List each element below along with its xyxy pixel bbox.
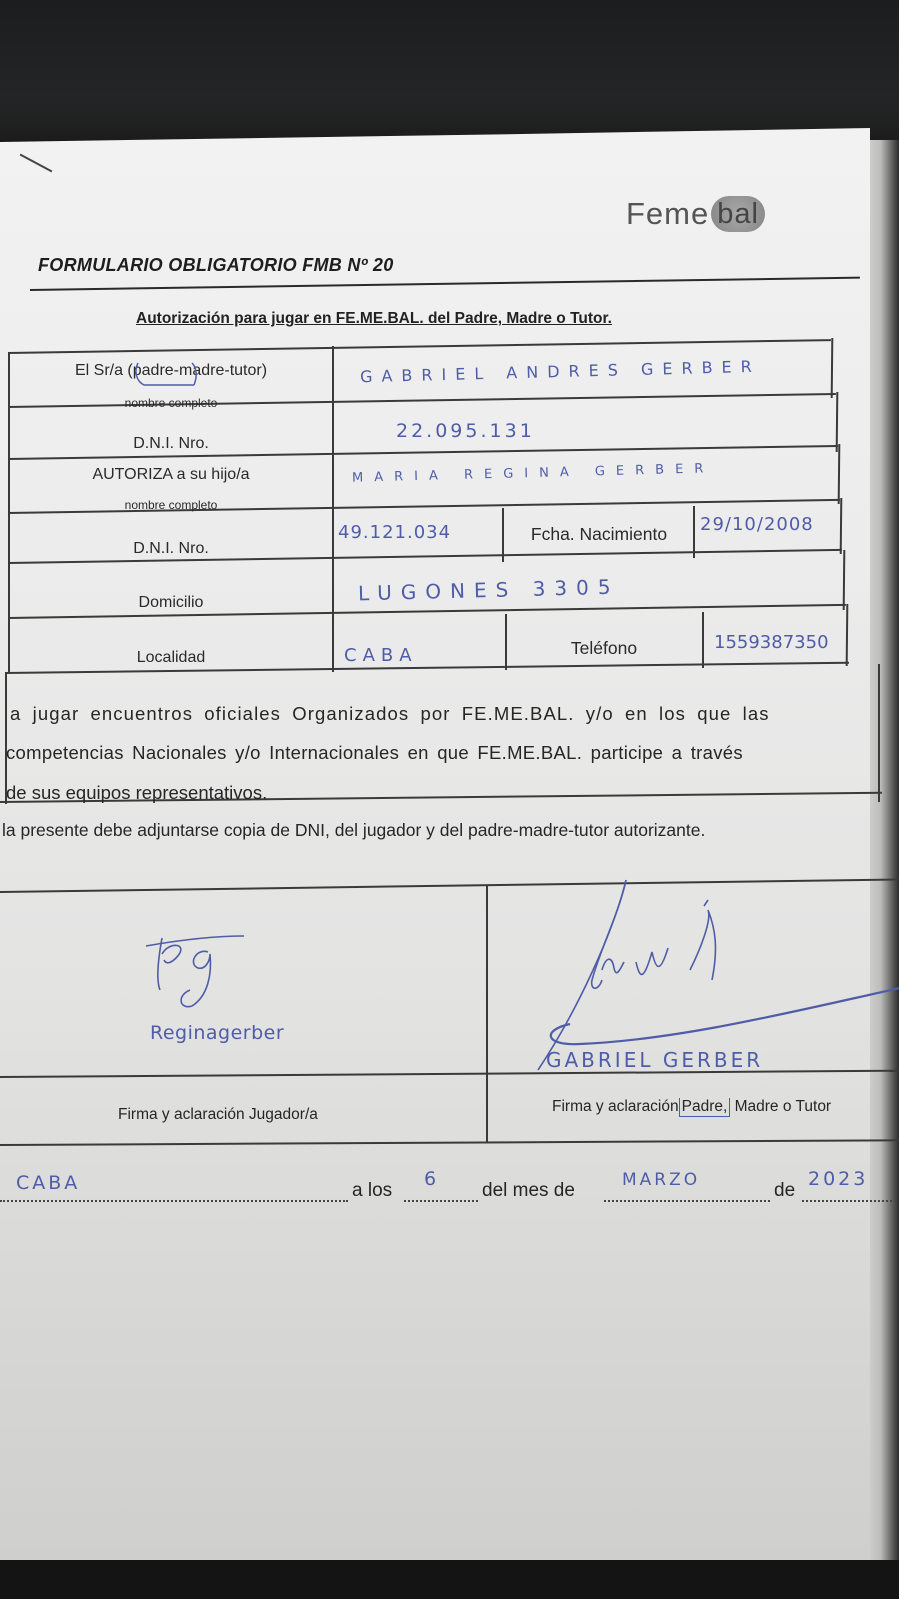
player-signature-label: Firma y aclaración Jugador/a [118, 1106, 318, 1124]
form-subtitle: Autorización para jugar en FE.ME.BAL. de… [136, 310, 612, 328]
a-los-text: a los [352, 1180, 392, 1202]
guardian-signature[interactable] [540, 870, 899, 1070]
ball-icon: bal [711, 196, 765, 232]
year-value: 2023 [808, 1168, 868, 1190]
table-line [486, 886, 488, 1142]
authorizes-label: AUTORIZA a su hijo/a [12, 466, 330, 484]
femebal-logo: Feme bal [626, 196, 765, 232]
phone-label: Teléfono [508, 638, 700, 659]
guardian-signature-label: Firma y aclaraciónPadre, Madre o Tutor [552, 1098, 831, 1117]
locality-value[interactable]: CABA [344, 645, 418, 666]
table-line [693, 506, 695, 558]
guardian-dni-label: D.N.I. Nro. [12, 435, 330, 453]
table-line [502, 508, 504, 562]
del-mes-de-text: del mes de [482, 1180, 575, 1202]
locality-label: Localidad [12, 649, 330, 667]
child-dni-value[interactable]: 49.121.034 [338, 522, 451, 543]
attachment-note: la presente debe adjuntarse copia de DNI… [2, 820, 705, 841]
guardian-printed-name: GABRIEL GERBER [546, 1048, 763, 1072]
phone-value[interactable]: 1559387350 [714, 632, 829, 653]
day-field[interactable] [404, 1182, 478, 1202]
address-label: Domicilio [12, 594, 330, 612]
table-line [8, 352, 10, 672]
day-value: 6 [424, 1168, 439, 1190]
table-line [505, 614, 507, 670]
birth-date-label: Fcha. Nacimiento [506, 524, 692, 545]
padre-selected-mark: Padre, [679, 1098, 731, 1117]
guardian-sublabel: nombre completo [12, 396, 330, 410]
table-line [878, 664, 880, 802]
birth-date-value[interactable]: 29/10/2008 [700, 514, 814, 535]
logo-text: Feme [626, 196, 709, 232]
document-page [0, 128, 870, 1560]
de-text: de [774, 1180, 795, 1202]
guardian-dni-value[interactable]: 22.095.131 [396, 420, 535, 442]
table-line [702, 612, 704, 668]
place-value: CABA [16, 1172, 80, 1194]
circle-padre-mark [134, 361, 204, 387]
authorization-line-1: a jugar encuentros oficiales Organizados… [10, 703, 770, 725]
month-value: MARZO [622, 1170, 700, 1190]
authorization-line-3: de sus equipos representativos. [6, 782, 267, 804]
child-sublabel: nombre completo [12, 498, 330, 512]
player-signature[interactable] [140, 930, 250, 1010]
player-printed-name: Reginagerber [150, 1022, 284, 1044]
child-dni-label: D.N.I. Nro. [12, 540, 330, 558]
table-line [332, 346, 334, 672]
authorization-line-2: competencias Nacionales y/o Internaciona… [6, 742, 743, 764]
form-title: FORMULARIO OBLIGATORIO FMB Nº 20 [38, 255, 394, 276]
